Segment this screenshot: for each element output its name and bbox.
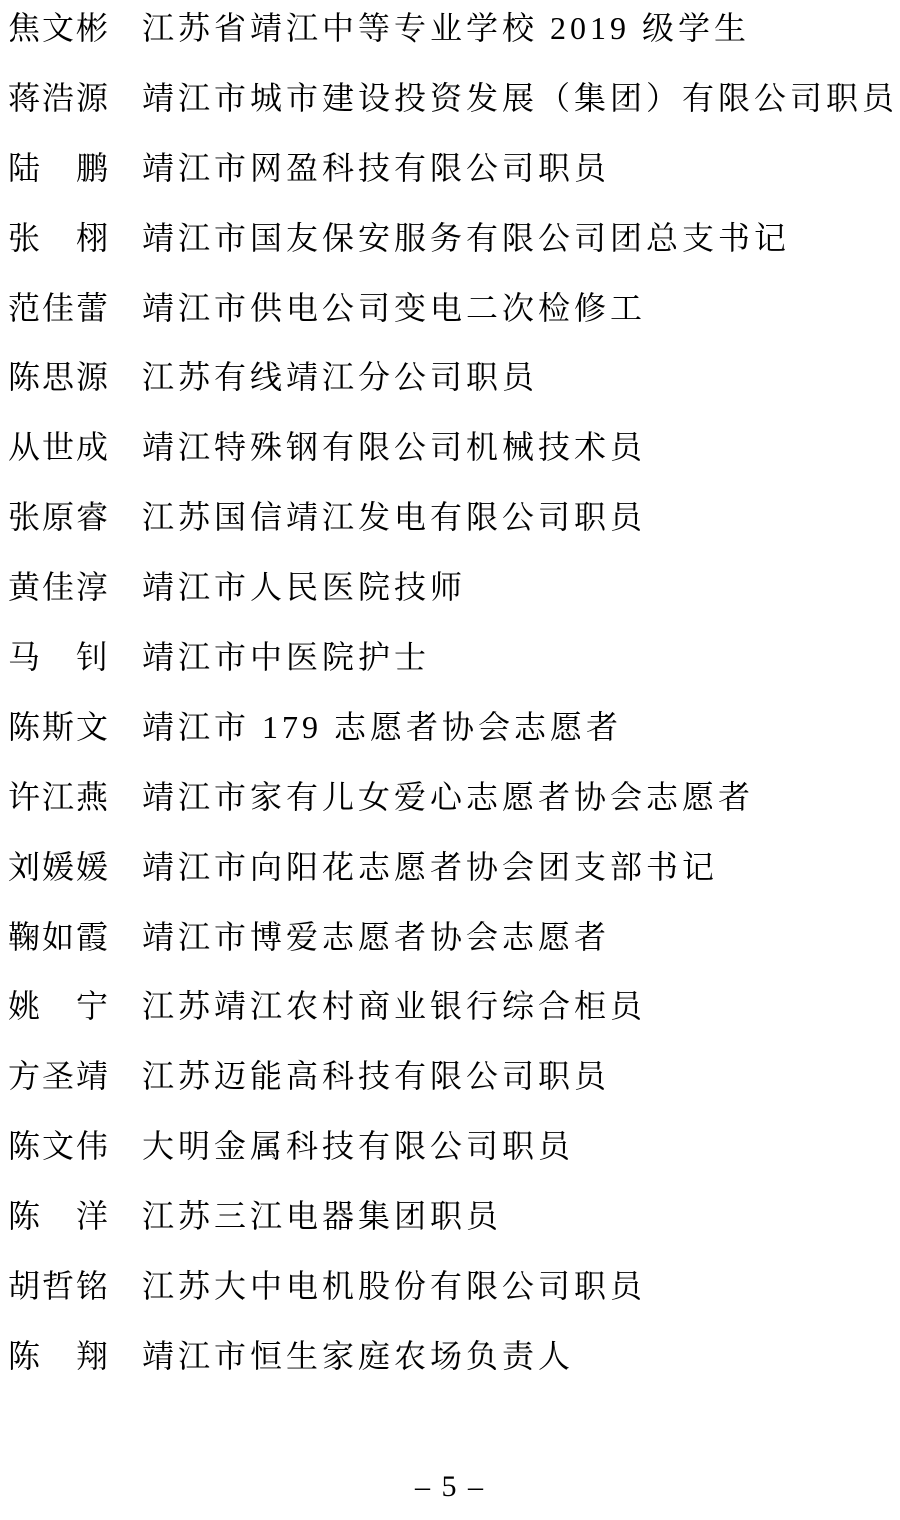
person-name: 陈翔 xyxy=(8,1340,108,1372)
name-char: 栩 xyxy=(76,222,108,254)
person-position: 靖江市向阳花志愿者协会团支部书记 xyxy=(142,851,718,883)
person-position: 靖江市国友保安服务有限公司团总支书记 xyxy=(142,222,790,254)
person-name: 刘媛媛 xyxy=(8,851,108,883)
name-char: 媛 xyxy=(76,851,108,883)
person-name: 马钊 xyxy=(8,641,108,673)
name-char: 鞠 xyxy=(8,921,40,953)
list-row: 鞠如霞 靖江市博爱志愿者协会志愿者 xyxy=(8,902,900,972)
person-position: 靖江市家有儿女爱心志愿者协会志愿者 xyxy=(142,781,754,813)
name-char: 从 xyxy=(8,431,40,463)
name-char: 靖 xyxy=(76,1060,108,1092)
name-char: 世 xyxy=(42,431,74,463)
list-row: 陆鹏 靖江市网盈科技有限公司职员 xyxy=(8,133,900,203)
person-position: 江苏三江电器集团职员 xyxy=(142,1200,502,1232)
name-list: 焦文彬 江苏省靖江中等专业学校 2019 级学生 蒋浩源 靖江市城市建设投资发展… xyxy=(0,0,900,1391)
list-row: 陈翔 靖江市恒生家庭农场负责人 xyxy=(8,1321,900,1391)
person-position: 靖江市供电公司变电二次检修工 xyxy=(142,292,646,324)
name-char: 焦 xyxy=(8,12,40,44)
name-char: 陆 xyxy=(8,152,40,184)
person-position: 江苏靖江农村商业银行综合柜员 xyxy=(142,990,646,1022)
name-char: 文 xyxy=(76,711,108,743)
name-char: 文 xyxy=(42,1130,74,1162)
list-row: 张栩 靖江市国友保安服务有限公司团总支书记 xyxy=(8,203,900,273)
name-char: 媛 xyxy=(42,851,74,883)
person-position: 靖江市城市建设投资发展（集团）有限公司职员 xyxy=(142,82,898,114)
list-row: 方圣靖 江苏迈能高科技有限公司职员 xyxy=(8,1041,900,1111)
name-char: 张 xyxy=(8,222,40,254)
name-char: 刘 xyxy=(8,851,40,883)
name-char: 佳 xyxy=(42,571,74,603)
name-char: 钊 xyxy=(76,641,108,673)
name-char: 源 xyxy=(76,82,108,114)
name-char: 源 xyxy=(76,361,108,393)
name-char: 宁 xyxy=(76,990,108,1022)
name-char: 洋 xyxy=(76,1200,108,1232)
list-row: 张原睿 江苏国信靖江发电有限公司职员 xyxy=(8,482,900,552)
list-row: 姚宁 江苏靖江农村商业银行综合柜员 xyxy=(8,971,900,1041)
name-char: 燕 xyxy=(76,781,108,813)
name-char: 浩 xyxy=(42,82,74,114)
person-name: 黄佳淳 xyxy=(8,571,108,603)
name-char: 如 xyxy=(42,921,74,953)
person-name: 张栩 xyxy=(8,222,108,254)
person-position: 大明金属科技有限公司职员 xyxy=(142,1130,574,1162)
name-char: 胡 xyxy=(8,1270,40,1302)
person-name: 陈思源 xyxy=(8,361,108,393)
name-char: 马 xyxy=(8,641,40,673)
name-char: 文 xyxy=(42,12,74,44)
person-name: 陈斯文 xyxy=(8,711,108,743)
person-name: 焦文彬 xyxy=(8,12,108,44)
person-position: 靖江市恒生家庭农场负责人 xyxy=(142,1340,574,1372)
person-name: 许江燕 xyxy=(8,781,108,813)
person-position: 靖江市人民医院技师 xyxy=(142,571,466,603)
name-char: 彬 xyxy=(76,12,108,44)
name-char: 蕾 xyxy=(76,292,108,324)
person-position: 靖江市中医院护士 xyxy=(142,641,430,673)
name-char: 方 xyxy=(8,1060,40,1092)
person-name: 范佳蕾 xyxy=(8,292,108,324)
person-position: 靖江市博爱志愿者协会志愿者 xyxy=(142,921,610,953)
name-char: 姚 xyxy=(8,990,40,1022)
person-position: 江苏迈能高科技有限公司职员 xyxy=(142,1060,610,1092)
list-row: 黄佳淳 靖江市人民医院技师 xyxy=(8,552,900,622)
name-char: 圣 xyxy=(42,1060,74,1092)
name-char: 霞 xyxy=(76,921,108,953)
name-char: 哲 xyxy=(42,1270,74,1302)
name-char: 陈 xyxy=(8,711,40,743)
name-char: 成 xyxy=(76,431,108,463)
person-name: 陈洋 xyxy=(8,1200,108,1232)
person-position: 靖江特殊钢有限公司机械技术员 xyxy=(142,431,646,463)
list-row: 刘媛媛 靖江市向阳花志愿者协会团支部书记 xyxy=(8,832,900,902)
list-row: 范佳蕾 靖江市供电公司变电二次检修工 xyxy=(8,273,900,343)
name-char: 翔 xyxy=(76,1340,108,1372)
person-name: 鞠如霞 xyxy=(8,921,108,953)
list-row: 陈斯文 靖江市 179 志愿者协会志愿者 xyxy=(8,692,900,762)
name-char: 淳 xyxy=(76,571,108,603)
name-char: 江 xyxy=(42,781,74,813)
list-row: 陈思源 江苏有线靖江分公司职员 xyxy=(8,342,900,412)
name-char: 陈 xyxy=(8,1340,40,1372)
person-name: 蒋浩源 xyxy=(8,82,108,114)
person-position: 江苏省靖江中等专业学校 2019 级学生 xyxy=(142,12,750,44)
list-row: 许江燕 靖江市家有儿女爱心志愿者协会志愿者 xyxy=(8,762,900,832)
list-row: 从世成 靖江特殊钢有限公司机械技术员 xyxy=(8,412,900,482)
person-name: 方圣靖 xyxy=(8,1060,108,1092)
person-name: 陆鹏 xyxy=(8,152,108,184)
page-number: – 5 – xyxy=(0,1470,900,1504)
name-char: 佳 xyxy=(42,292,74,324)
name-char: 蒋 xyxy=(8,82,40,114)
person-position: 江苏大中电机股份有限公司职员 xyxy=(142,1270,646,1302)
person-name: 张原睿 xyxy=(8,501,108,533)
person-name: 陈文伟 xyxy=(8,1130,108,1162)
name-char: 陈 xyxy=(8,1200,40,1232)
name-char: 陈 xyxy=(8,1130,40,1162)
person-name: 从世成 xyxy=(8,431,108,463)
name-char: 许 xyxy=(8,781,40,813)
document-page: 焦文彬 江苏省靖江中等专业学校 2019 级学生 蒋浩源 靖江市城市建设投资发展… xyxy=(0,0,900,1520)
name-char: 张 xyxy=(8,501,40,533)
list-row: 陈洋 江苏三江电器集团职员 xyxy=(8,1181,900,1251)
name-char: 思 xyxy=(42,361,74,393)
person-position: 靖江市 179 志愿者协会志愿者 xyxy=(142,711,622,743)
name-char: 睿 xyxy=(76,501,108,533)
name-char: 陈 xyxy=(8,361,40,393)
person-position: 江苏有线靖江分公司职员 xyxy=(142,361,538,393)
list-row: 马钊 靖江市中医院护士 xyxy=(8,622,900,692)
list-row: 蒋浩源 靖江市城市建设投资发展（集团）有限公司职员 xyxy=(8,63,900,133)
name-char: 铭 xyxy=(76,1270,108,1302)
person-name: 胡哲铭 xyxy=(8,1270,108,1302)
name-char: 鹏 xyxy=(76,152,108,184)
name-char: 斯 xyxy=(42,711,74,743)
name-char: 原 xyxy=(42,501,74,533)
name-char: 伟 xyxy=(76,1130,108,1162)
name-char: 黄 xyxy=(8,571,40,603)
person-name: 姚宁 xyxy=(8,990,108,1022)
list-row: 陈文伟 大明金属科技有限公司职员 xyxy=(8,1111,900,1181)
name-char: 范 xyxy=(8,292,40,324)
person-position: 靖江市网盈科技有限公司职员 xyxy=(142,152,610,184)
list-row: 焦文彬 江苏省靖江中等专业学校 2019 级学生 xyxy=(8,0,900,63)
person-position: 江苏国信靖江发电有限公司职员 xyxy=(142,501,646,533)
list-row: 胡哲铭 江苏大中电机股份有限公司职员 xyxy=(8,1251,900,1321)
